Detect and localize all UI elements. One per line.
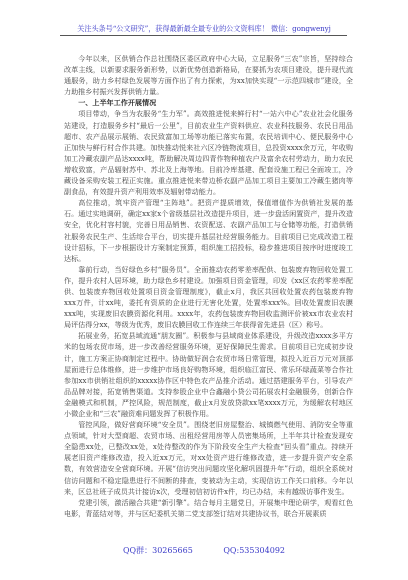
contact-footer: QQ群：30265665 QQ:535304092 bbox=[0, 545, 408, 556]
paragraph-project: 项目带动，争当为农服务“生力军”。高效推进悦来鲜行村“一站六中心”农业社会化服务… bbox=[64, 108, 353, 197]
promo-banner[interactable]: 关注头条号“公文研究”，获得最新最全最专业的公文资料库！ 微信：gongweny… bbox=[60, 24, 348, 34]
paragraph-green: 靠前行动，当好绿色乡村“服务员”。全面推动农药零差率配供、包装废弃物回收处置工作… bbox=[64, 264, 353, 331]
paragraph-business: 拓展业务，拓宽县域流通“朋友圈”。积极参与县域商业体系建设，升级改造xxxx多平… bbox=[64, 330, 353, 419]
header-divider bbox=[60, 35, 347, 36]
intro-paragraph: 今年以来，区供销合作总社围绕区委区政府中心大局，立足服务“三农”宗旨，坚持综合改… bbox=[64, 53, 353, 97]
document-body: 今年以来，区供销合作总社围绕区委区政府中心大局，立足服务“三农”宗旨，坚持综合改… bbox=[64, 53, 353, 519]
qq-number: QQ:535304092 bbox=[223, 546, 285, 555]
paragraph-party: 党建引领，激活融合共建“新引擎”。结合每月主题党日，开展集中理论研学，观看红色电… bbox=[64, 497, 353, 519]
paragraph-assets: 高位推动，筑牢资产管理“主阵地”。把资产提质增效，保值增值作为供销社发展的基石。… bbox=[64, 197, 353, 264]
paragraph-risk: 管控风险，做好营商环境“安全员”。围绕老旧房屋整治、城镇燃气使用、消防安全等重点… bbox=[64, 419, 353, 497]
qq-group: QQ群：30265665 bbox=[123, 545, 193, 556]
section-heading: 一、上半年工作开展情况 bbox=[64, 97, 353, 108]
